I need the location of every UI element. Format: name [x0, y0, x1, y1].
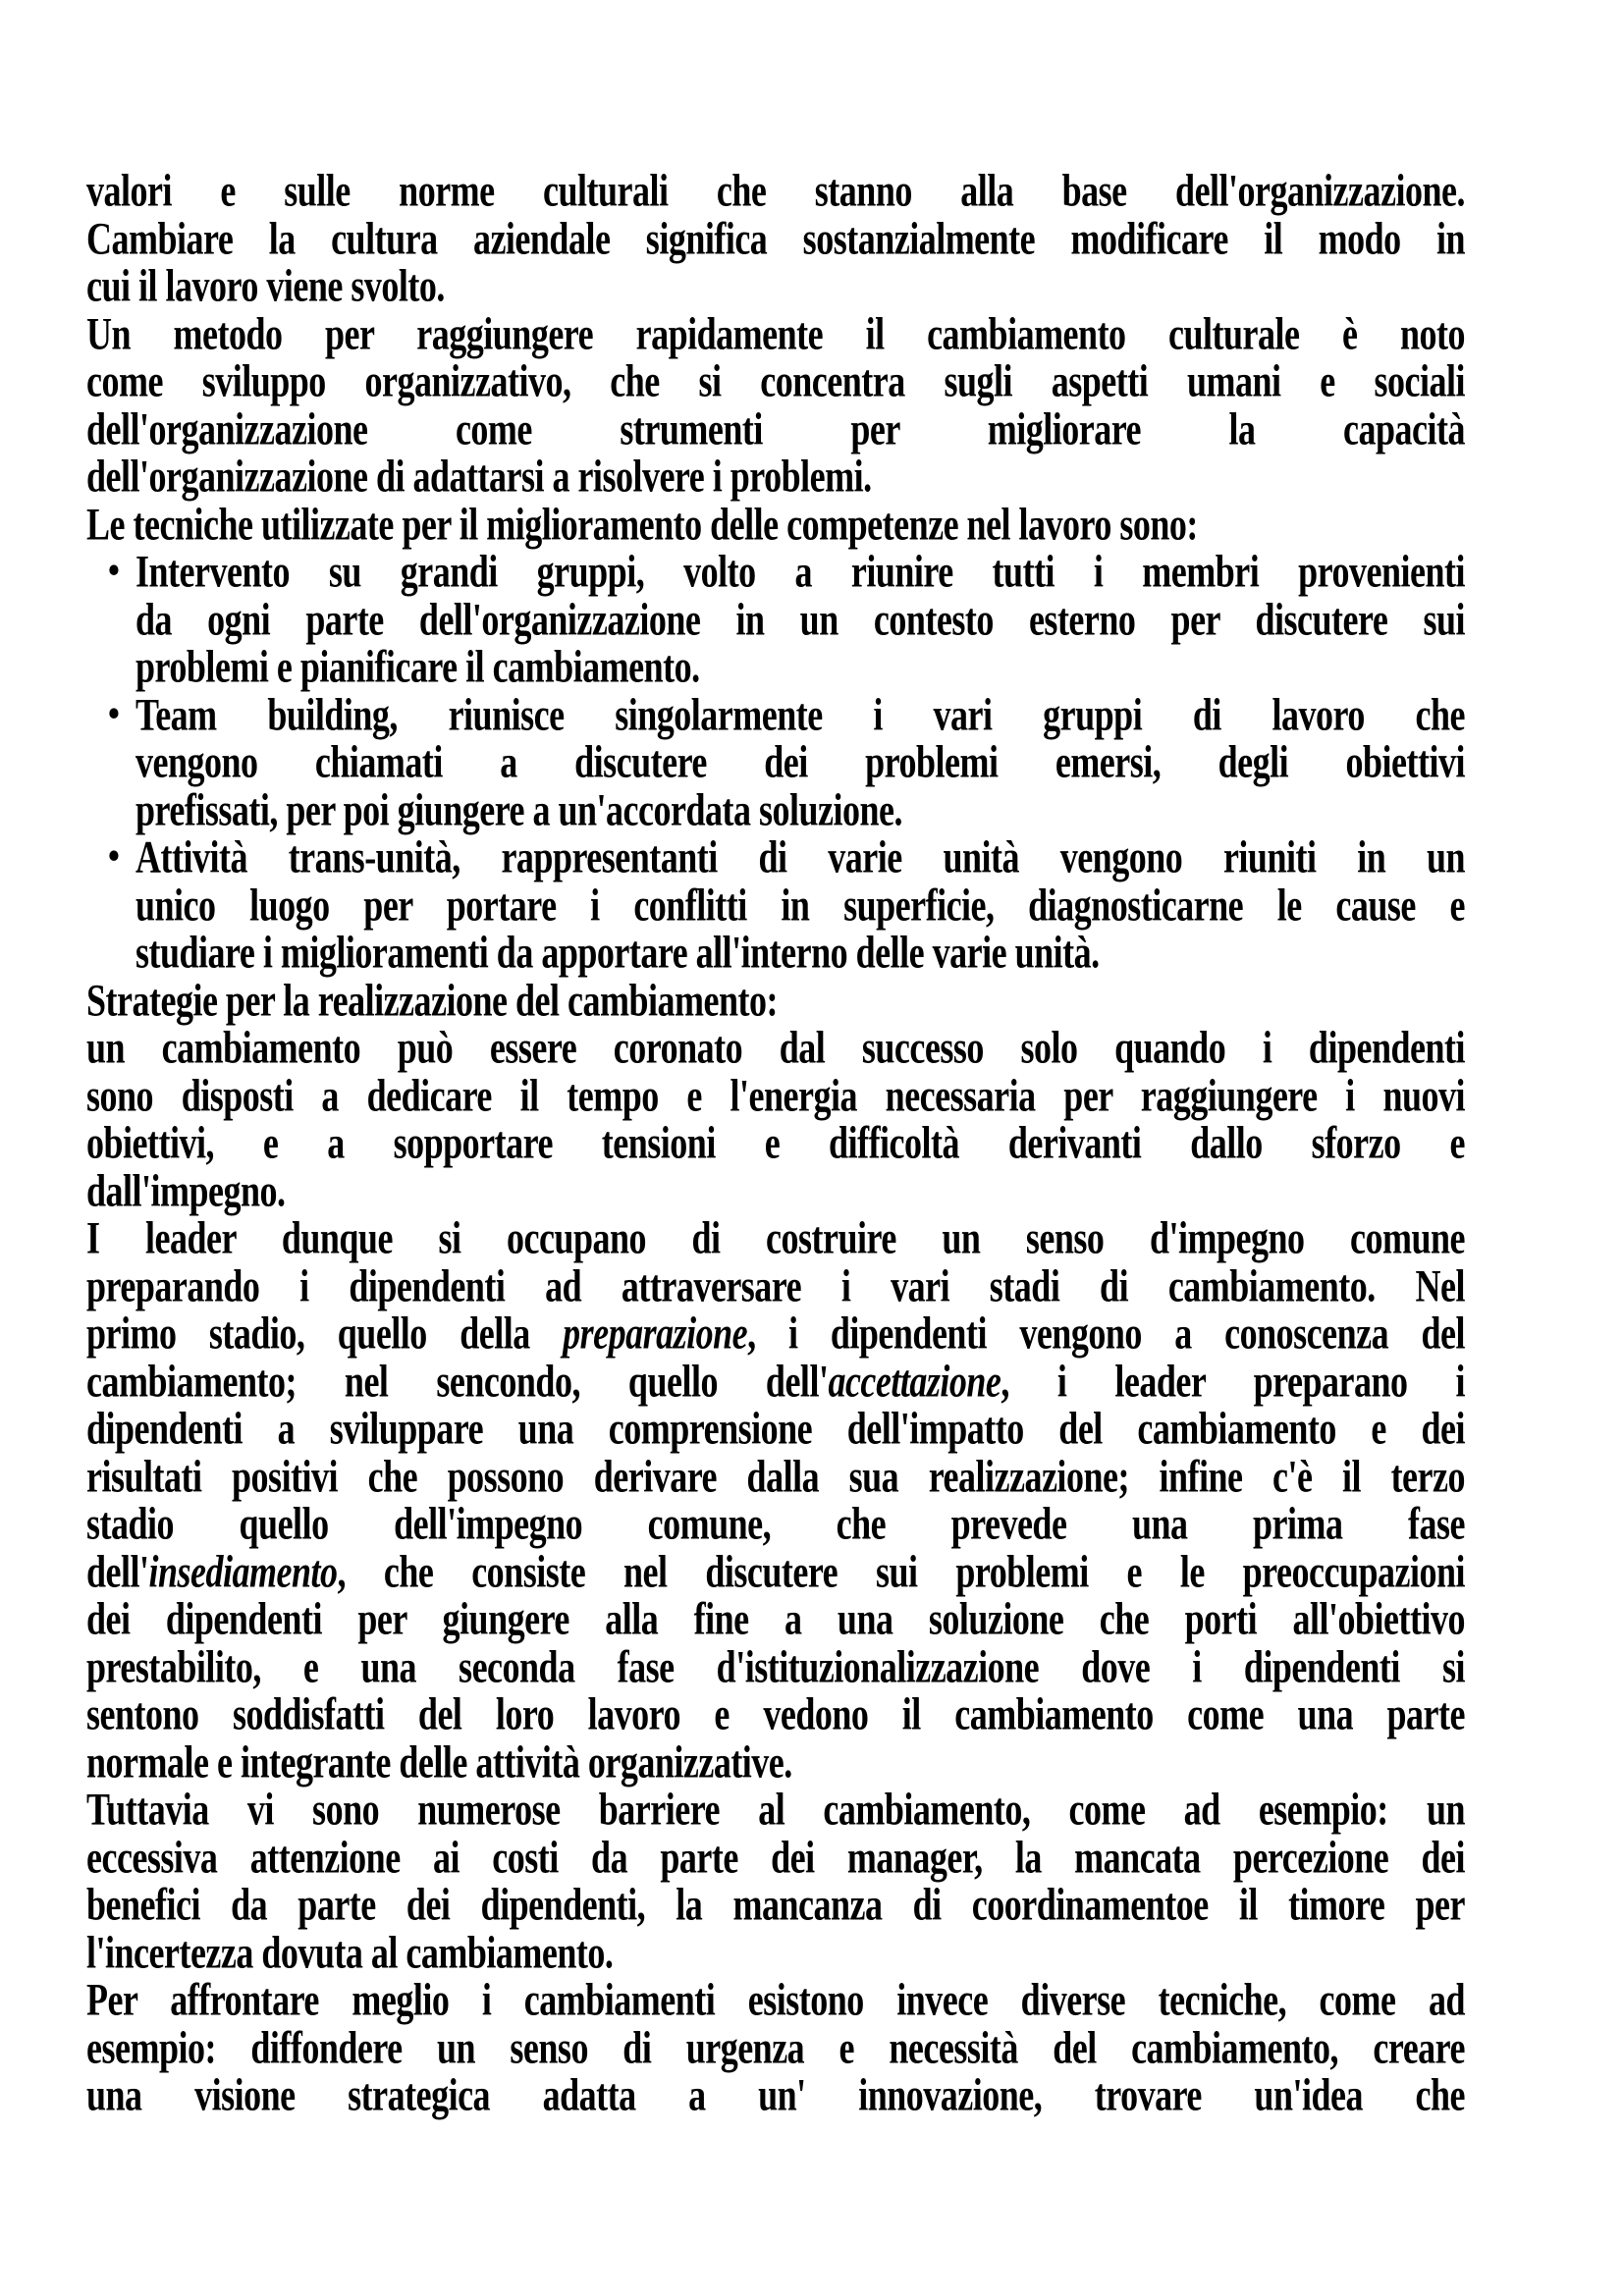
text-column: valori e sulle norme culturali che stann… [86, 167, 1465, 2119]
text-line: una visione strategica adatta a un' inno… [86, 2064, 1465, 2126]
document-page: valori e sulle norme culturali che stann… [0, 0, 1623, 2296]
bullet-list: •Intervento su grandi gruppi, volto a ri… [86, 548, 1465, 977]
bullet-icon: • [108, 829, 120, 884]
list-item: •Intervento su grandi gruppi, volto a ri… [86, 548, 1465, 691]
paragraph: Un metodo per raggiungere rapidamente il… [86, 310, 1465, 501]
bullet-icon: • [108, 687, 120, 742]
paragraph: I leader dunque si occupano di costruire… [86, 1214, 1465, 1786]
paragraph: Tuttavia vi sono numerose barriere al ca… [86, 1786, 1465, 1976]
paragraph: valori e sulle norme culturali che stann… [86, 167, 1465, 310]
list-item: •Team building, riunisce singolarmente i… [86, 691, 1465, 834]
paragraph: un cambiamento può essere coronato dal s… [86, 1024, 1465, 1214]
paragraph: Per affrontare meglio i cambiamenti esis… [86, 1976, 1465, 2119]
text-segment: una visione strategica adatta a un' inno… [86, 2069, 1465, 2120]
bullet-icon: • [108, 544, 120, 599]
list-item: •Attività trans-unità, rappresentanti di… [86, 833, 1465, 977]
